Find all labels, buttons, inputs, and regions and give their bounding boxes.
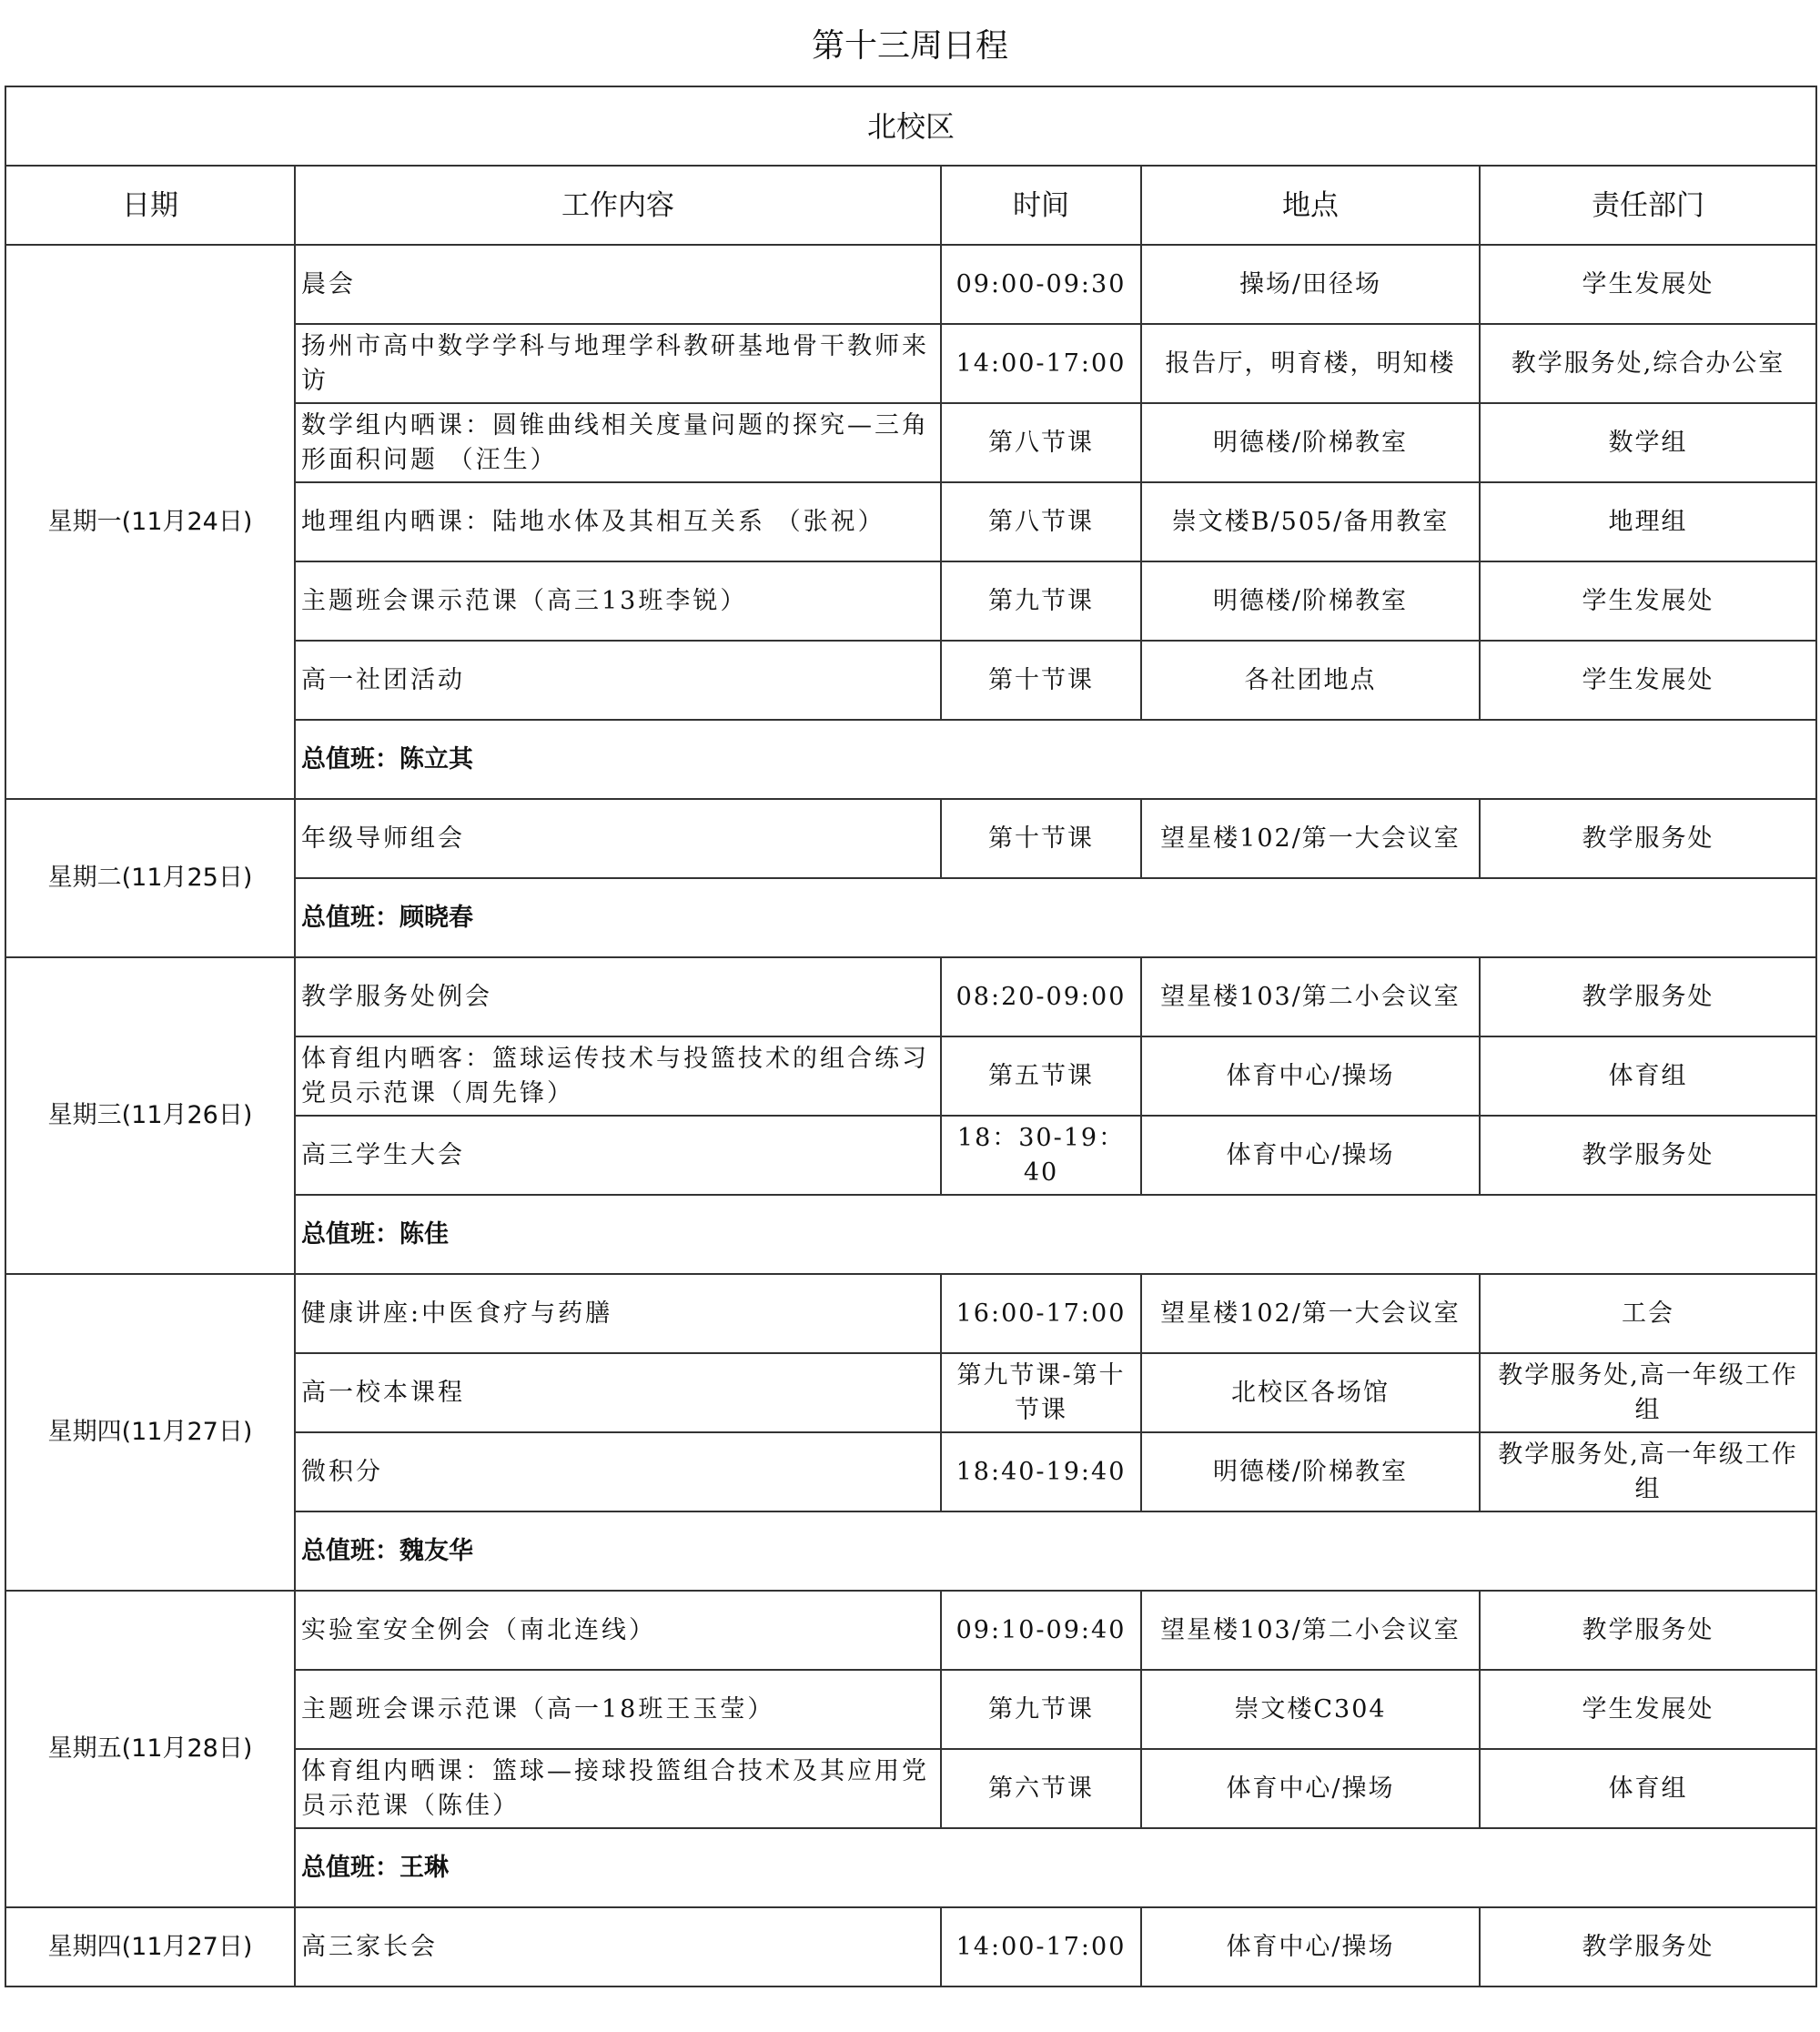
event-department: 地理组 xyxy=(1480,482,1816,561)
event-location: 明德楼/阶梯教室 xyxy=(1141,1432,1480,1511)
event-department: 学生发展处 xyxy=(1480,1670,1816,1749)
event-department: 工会 xyxy=(1480,1274,1816,1353)
event-department: 体育组 xyxy=(1480,1036,1816,1116)
duty-officer: 总值班：王琳 xyxy=(295,1828,1816,1907)
event-location: 明德楼/阶梯教室 xyxy=(1141,403,1480,482)
event-row: 星期一(11月24日)晨会09:00-09:30操场/田径场学生发展处 xyxy=(5,245,1816,324)
event-department: 教学服务处,高一年级工作组 xyxy=(1480,1353,1816,1432)
header-time: 时间 xyxy=(941,166,1141,245)
day-date: 星期四(11月27日) xyxy=(5,1274,295,1591)
event-content: 年级导师组会 xyxy=(295,799,941,878)
event-department: 数学组 xyxy=(1480,403,1816,482)
event-row: 星期二(11月25日)年级导师组会第十节课望星楼102/第一大会议室教学服务处 xyxy=(5,799,1816,878)
campus-name: 北校区 xyxy=(5,86,1816,166)
event-content: 晨会 xyxy=(295,245,941,324)
event-content: 教学服务处例会 xyxy=(295,957,941,1036)
duty-officer: 总值班：陈佳 xyxy=(295,1195,1816,1274)
event-location: 各社团地点 xyxy=(1141,641,1480,720)
event-content: 体育组内晒课：篮球—接球投篮组合技术及其应用党员示范课（陈佳） xyxy=(295,1749,941,1828)
event-content: 高一校本课程 xyxy=(295,1353,941,1432)
event-department: 学生发展处 xyxy=(1480,641,1816,720)
header-date: 日期 xyxy=(5,166,295,245)
event-time: 第九节课-第十节课 xyxy=(941,1353,1141,1432)
event-content: 微积分 xyxy=(295,1432,941,1511)
event-department: 教学服务处 xyxy=(1480,799,1816,878)
event-department: 教学服务处 xyxy=(1480,957,1816,1036)
event-time: 14:00-17:00 xyxy=(941,1907,1141,1987)
event-time: 14:00-17:00 xyxy=(941,324,1141,403)
event-content: 实验室安全例会（南北连线） xyxy=(295,1591,941,1670)
duty-officer: 总值班：顾晓春 xyxy=(295,878,1816,957)
event-content: 体育组内晒客：篮球运传技术与投篮技术的组合练习党员示范课（周先锋） xyxy=(295,1036,941,1116)
event-location: 崇文楼B/505/备用教室 xyxy=(1141,482,1480,561)
event-row: 星期五(11月28日)实验室安全例会（南北连线）09:10-09:40望星楼10… xyxy=(5,1591,1816,1670)
event-content: 健康讲座:中医食疗与药膳 xyxy=(295,1274,941,1353)
event-time: 09:00-09:30 xyxy=(941,245,1141,324)
event-location: 北校区各场馆 xyxy=(1141,1353,1480,1432)
event-location: 望星楼102/第一大会议室 xyxy=(1141,1274,1480,1353)
day-date: 星期三(11月26日) xyxy=(5,957,295,1274)
header-location: 地点 xyxy=(1141,166,1480,245)
event-time: 第八节课 xyxy=(941,482,1141,561)
event-row: 星期三(11月26日)教学服务处例会08:20-09:00望星楼103/第二小会… xyxy=(5,957,1816,1036)
day-date: 星期五(11月28日) xyxy=(5,1591,295,1907)
event-time: 18:40-19:40 xyxy=(941,1432,1141,1511)
event-department: 教学服务处 xyxy=(1480,1907,1816,1987)
event-department: 学生发展处 xyxy=(1480,245,1816,324)
event-location: 望星楼103/第二小会议室 xyxy=(1141,1591,1480,1670)
event-time: 08:20-09:00 xyxy=(941,957,1141,1036)
event-time: 18：30-19：40 xyxy=(941,1116,1141,1195)
header-content: 工作内容 xyxy=(295,166,941,245)
event-location: 体育中心/操场 xyxy=(1141,1749,1480,1828)
page-title: 第十三周日程 xyxy=(0,0,1820,86)
day-date: 星期四(11月27日) xyxy=(5,1907,295,1987)
day-date: 星期一(11月24日) xyxy=(5,245,295,799)
event-content: 主题班会课示范课（高三13班李锐） xyxy=(295,561,941,641)
event-time: 09:10-09:40 xyxy=(941,1591,1141,1670)
event-location: 体育中心/操场 xyxy=(1141,1036,1480,1116)
event-time: 16:00-17:00 xyxy=(941,1274,1141,1353)
event-time: 第九节课 xyxy=(941,1670,1141,1749)
event-location: 望星楼103/第二小会议室 xyxy=(1141,957,1480,1036)
campus-row: 北校区 xyxy=(5,86,1816,166)
event-content: 扬州市高中数学学科与地理学科教研基地骨干教师来访 xyxy=(295,324,941,403)
duty-officer: 总值班：陈立其 xyxy=(295,720,1816,799)
duty-officer: 总值班：魏友华 xyxy=(295,1511,1816,1591)
event-department: 教学服务处 xyxy=(1480,1591,1816,1670)
event-location: 报告厅，明育楼，明知楼 xyxy=(1141,324,1480,403)
header-row: 日期 工作内容 时间 地点 责任部门 xyxy=(5,166,1816,245)
event-department: 教学服务处,高一年级工作组 xyxy=(1480,1432,1816,1511)
event-content: 高一社团活动 xyxy=(295,641,941,720)
event-content: 主题班会课示范课（高一18班王玉莹） xyxy=(295,1670,941,1749)
event-location: 体育中心/操场 xyxy=(1141,1907,1480,1987)
event-department: 教学服务处 xyxy=(1480,1116,1816,1195)
event-department: 教学服务处,综合办公室 xyxy=(1480,324,1816,403)
event-time: 第十节课 xyxy=(941,799,1141,878)
event-location: 明德楼/阶梯教室 xyxy=(1141,561,1480,641)
event-content: 高三学生大会 xyxy=(295,1116,941,1195)
header-department: 责任部门 xyxy=(1480,166,1816,245)
event-location: 体育中心/操场 xyxy=(1141,1116,1480,1195)
event-content: 数学组内晒课：圆锥曲线相关度量问题的探究—三角形面积问题 （汪生） xyxy=(295,403,941,482)
event-department: 学生发展处 xyxy=(1480,561,1816,641)
event-content: 高三家长会 xyxy=(295,1907,941,1987)
event-content: 地理组内晒课：陆地水体及其相互关系 （张祝） xyxy=(295,482,941,561)
event-time: 第八节课 xyxy=(941,403,1141,482)
event-row: 星期四(11月27日)健康讲座:中医食疗与药膳16:00-17:00望星楼102… xyxy=(5,1274,1816,1353)
event-time: 第六节课 xyxy=(941,1749,1141,1828)
event-location: 崇文楼C304 xyxy=(1141,1670,1480,1749)
schedule-table: 北校区 日期 工作内容 时间 地点 责任部门 星期一(11月24日)晨会09:0… xyxy=(5,86,1817,1987)
event-location: 操场/田径场 xyxy=(1141,245,1480,324)
event-row: 星期四(11月27日)高三家长会14:00-17:00体育中心/操场教学服务处 xyxy=(5,1907,1816,1987)
event-department: 体育组 xyxy=(1480,1749,1816,1828)
event-location: 望星楼102/第一大会议室 xyxy=(1141,799,1480,878)
day-date: 星期二(11月25日) xyxy=(5,799,295,957)
event-time: 第九节课 xyxy=(941,561,1141,641)
event-time: 第五节课 xyxy=(941,1036,1141,1116)
event-time: 第十节课 xyxy=(941,641,1141,720)
